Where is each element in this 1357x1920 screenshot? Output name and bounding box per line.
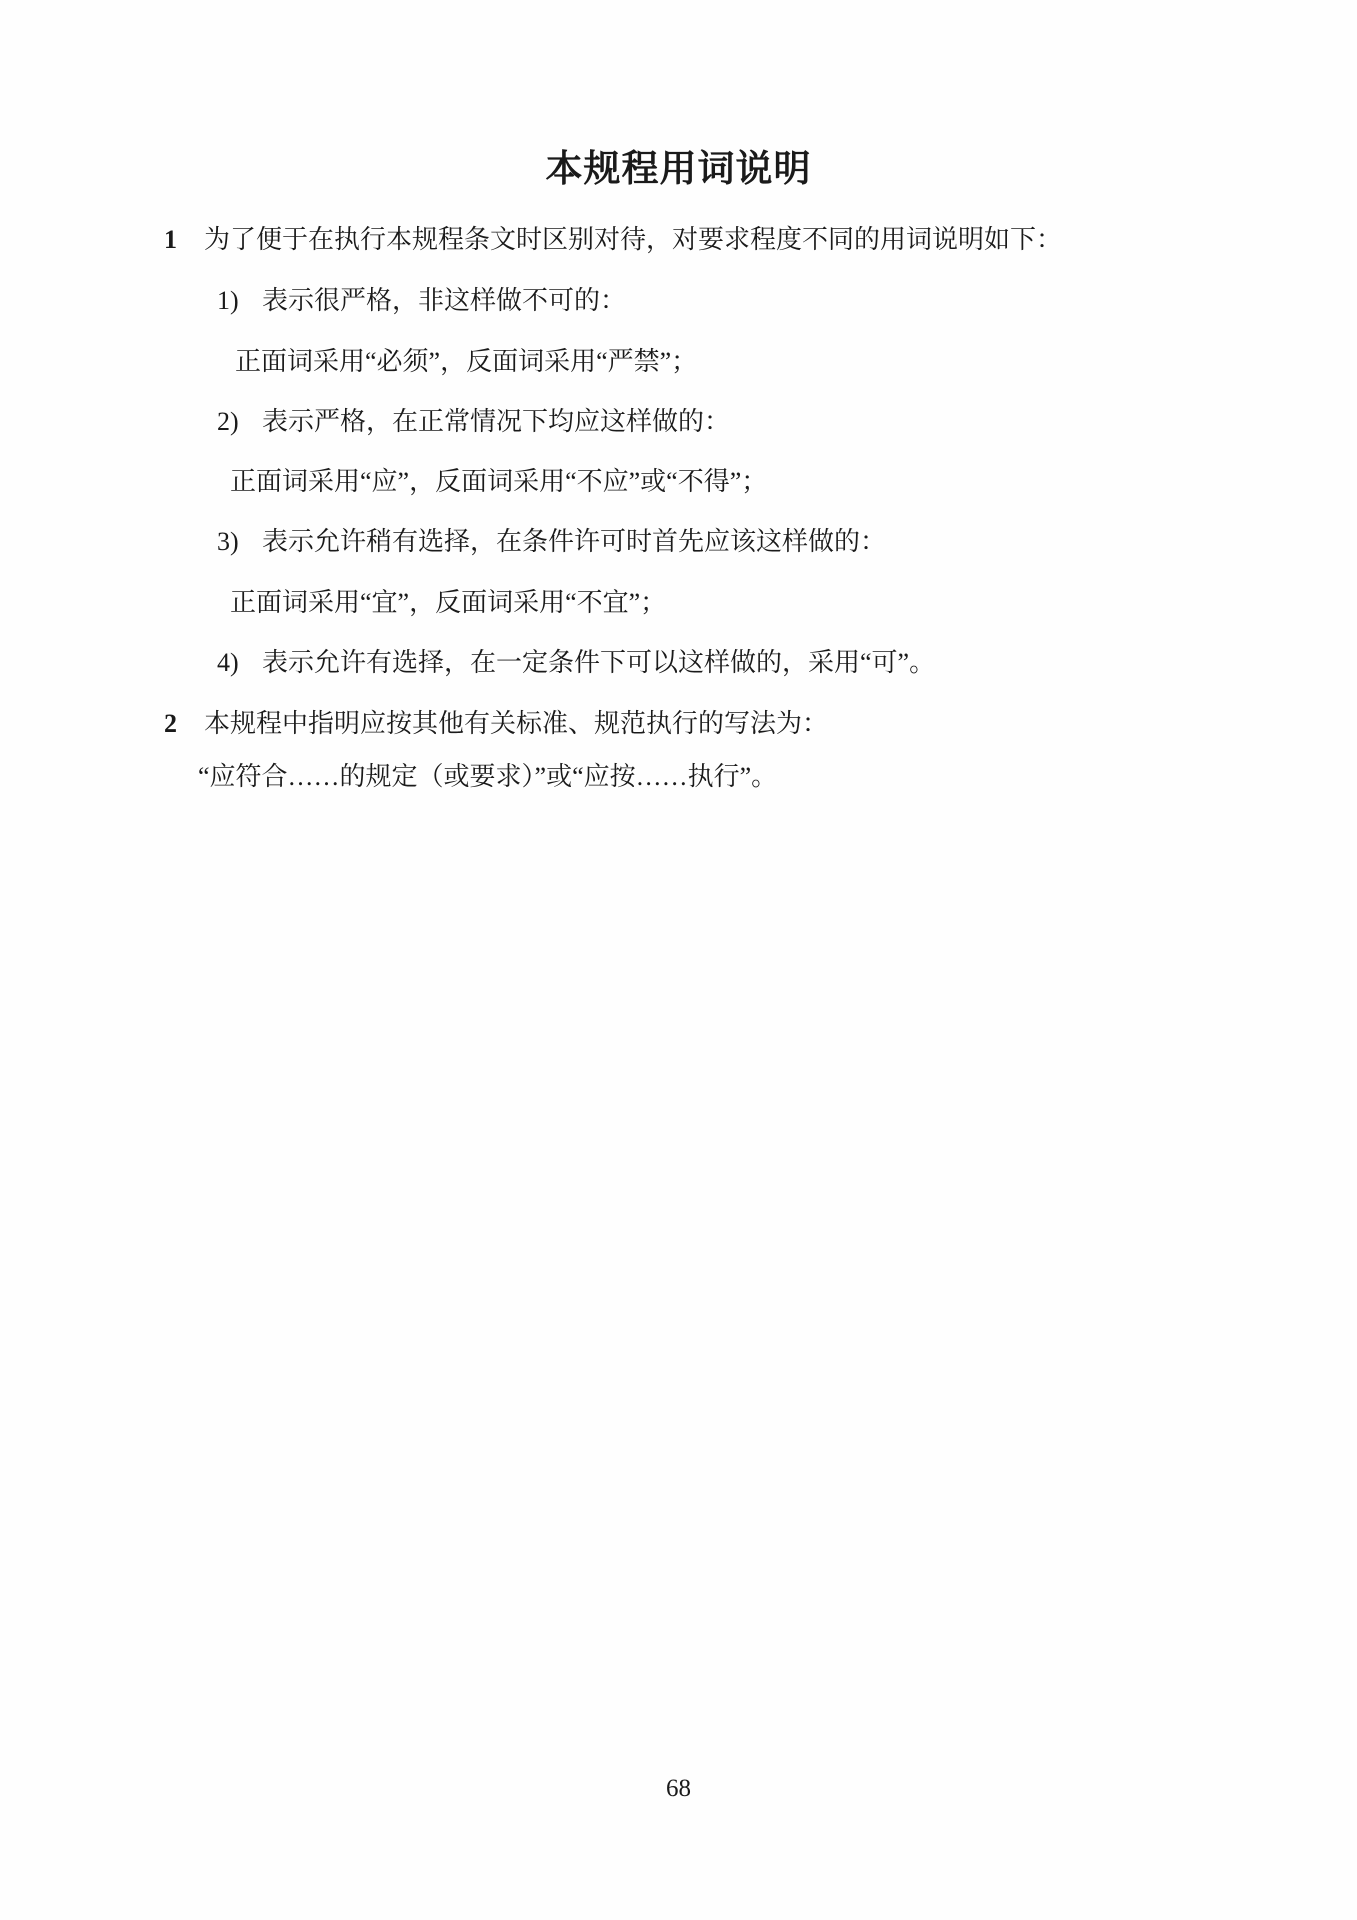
item-1-text: 为了便于在执行本规程条文时区别对待，对要求程度不同的用词说明如下： [204,227,1062,253]
page-title: 本规程用词说明 [0,150,1357,187]
item-1-number: 1 [164,227,177,253]
subitem-2-detail: 正面词采用“应”，反面词采用“不应”或“不得”； [230,469,767,495]
subitem-1-number: 1) [217,288,239,314]
item-2-detail: “应符合……的规定（或要求）”或“应按……执行”。 [198,764,777,790]
document-page: 本规程用词说明 1 为了便于在执行本规程条文时区别对待，对要求程度不同的用词说明… [0,0,1357,1920]
item-2-text: 本规程中指明应按其他有关标准、规范执行的写法为： [204,711,828,737]
page-number: 68 [0,1776,1357,1801]
subitem-3-detail: 正面词采用“宜”，反面词采用“不宜”； [230,590,666,616]
subitem-4-number: 4) [217,650,239,676]
item-2-number: 2 [164,711,177,737]
subitem-4-text: 表示允许有选择，在一定条件下可以这样做的，采用“可”。 [262,650,935,676]
subitem-3-text: 表示允许稍有选择，在条件许可时首先应该这样做的： [262,529,886,555]
subitem-1-text: 表示很严格，非这样做不可的： [262,288,626,314]
subitem-3-number: 3) [217,529,239,555]
subitem-2-text: 表示严格，在正常情况下均应这样做的： [262,409,730,435]
subitem-1-detail: 正面词采用“必须”，反面词采用“严禁”； [235,349,697,375]
subitem-2-number: 2) [217,409,239,435]
